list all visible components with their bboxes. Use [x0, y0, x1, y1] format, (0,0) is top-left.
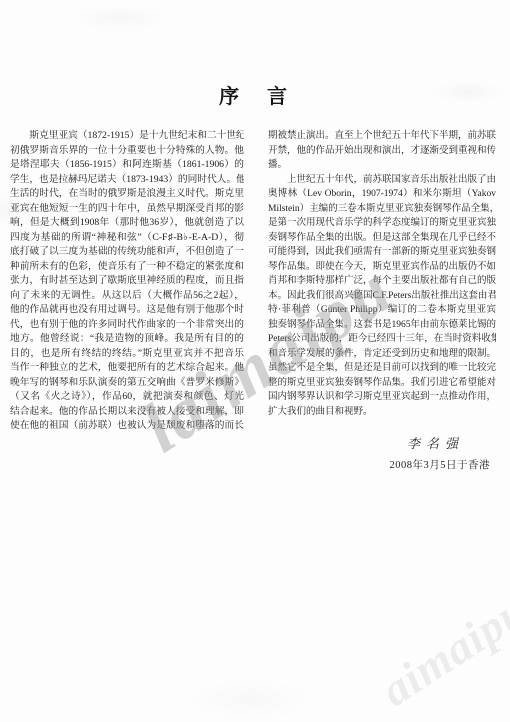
text-line: Peters公司出版的，距今已经四十三年，在当时资料收集 — [268, 332, 496, 347]
page-title: 序 言 — [0, 80, 510, 109]
text-line: 特·菲利普（Günter Philipp）编订的二卷本斯克里亚宾 — [268, 303, 496, 318]
text-line: 目的，也是所有终结的终结。”斯克里亚宾并不把音乐 — [10, 347, 244, 362]
text-line: 向了未来的无调性。从这以后（大概作品56之2起）， — [10, 289, 244, 304]
text-line: 奏钢琴作品全集的出版。但是这部全集现在几乎已经不 — [268, 231, 496, 246]
text-line: 亚宾在他短短一生的四十年中，虽然早期深受肖邦的影 — [10, 202, 244, 217]
signature-name: 李名强 — [390, 433, 465, 452]
text-line: 四度为基础的所谓“神秘和弦”（C-F♯-B♭-E-A-D），彻 — [10, 231, 244, 246]
text-line: 底打破了以三度为基础的传统功能和声，不但创造了一 — [10, 245, 244, 260]
text-line: 可能得到，因此我们亟需有一部新的斯克里亚宾独奏钢 — [268, 245, 496, 260]
text-line: 种前所未有的色彩，使音乐有了一种不稳定的紧张度和 — [10, 260, 244, 275]
text-line: 开禁，他的作品开始出现和演出，才逐渐受到重视和传 — [268, 144, 496, 159]
text-line: 扩大我们的曲目和视野。 — [268, 405, 496, 420]
text-line: 和音乐学发展的条件，肯定还受到历史和地理的限制。 — [268, 347, 496, 362]
text-line: 播。 — [268, 158, 496, 173]
text-line: 肖邦和李斯特那样广泛，每个主要出版社都有自己的版 — [268, 274, 496, 289]
text-column-left: 斯克里亚宾（1872-1915）是十九世纪末和二十世纪初俄罗斯音乐界的一位十分重… — [10, 129, 244, 434]
text-line: 国内钢琴界认识和学习斯克里亚宾起到一点推动作用， — [268, 390, 496, 405]
text-line: 响，但是大概到1908年（那时他36岁），他就创造了以 — [10, 216, 244, 231]
text-line: 本。因此我们很高兴德国C.F.Peters出版社推出这套由君 — [268, 289, 496, 304]
text-line: Milstein）主编的三卷本斯克里亚宾独奏钢琴作品全集， — [268, 202, 496, 217]
text-line: 代，也有别于他的许多同时代作曲家的一个非常突出的 — [10, 318, 244, 333]
signature-block: 李名强 2008年3月5日于香港 — [390, 433, 491, 472]
text-line: 是第一次用现代音乐学的科学态度编订的斯克里亚宾独 — [268, 216, 496, 231]
text-line: 地方。他曾经说：“我是造物的顶峰。我是所有目的的 — [10, 332, 244, 347]
text-line: 学生，也是拉赫玛尼诺夫（1873-1943）的同时代人。他 — [10, 173, 244, 188]
text-line: 琴作品集。即使在今天，斯克里亚宾作品的出版仍不如 — [268, 260, 496, 275]
text-line: 他的作品就再也没有用过调号。这是他有别于他那个时 — [10, 303, 244, 318]
text-line: 当作一种独立的艺术，他要把所有的艺术综合起来。他 — [10, 361, 244, 376]
text-line: 结合起来。他的作品长期以来没有被人接受和理解，即 — [10, 405, 244, 420]
text-line: 上世纪五十年代，前苏联国家音乐出版社出版了由 — [268, 173, 496, 188]
text-line: 独奏钢琴作品全集。这套书是1965年由前东德莱比锡的 — [268, 318, 496, 333]
text-line: 是塔涅耶夫（1856-1915）和阿连斯基（1861-1906）的 — [10, 158, 244, 173]
text-line: 整的斯克里亚宾独奏钢琴作品集。我们引进它希望能对 — [268, 376, 496, 391]
text-line: 初俄罗斯音乐界的一位十分重要也十分特殊的人物。他 — [10, 144, 244, 159]
scanned-preface-page: 序 言 斯克里亚宾（1872-1915）是十九世纪末和二十世纪初俄罗斯音乐界的一… — [0, 0, 510, 722]
text-line: 使在他的祖国（前苏联）也被认为是颓废和堕落的而长 — [10, 419, 244, 434]
text-line: （又名《火之诗》），作品60，就把演奏和颜色、灯光 — [10, 390, 244, 405]
text-column-right: 期被禁止演出。直至上个世纪五十年代下半期，前苏联开禁，他的作品开始出现和演出，才… — [268, 129, 496, 419]
text-line: 斯克里亚宾（1872-1915）是十九世纪末和二十世纪 — [10, 129, 244, 144]
text-line: 奥博林（Lev Oborin，1907-1974）和米尔斯坦（Yakov — [268, 187, 496, 202]
text-line: 虽然它不是全集，但是还是目前可以找到的唯一比较完 — [268, 361, 496, 376]
text-line: 晚年写的钢琴和乐队演奏的第五交响曲《普罗米修斯》 — [10, 376, 244, 391]
signature-date: 2008年3月5日于香港 — [390, 457, 491, 472]
watermark-partial: aimaipu — [372, 584, 510, 717]
text-line: 张力，有时甚至达到了歇斯底里神经质的程度，而且指 — [10, 274, 244, 289]
text-line: 期被禁止演出。直至上个世纪五十年代下半期，前苏联 — [268, 129, 496, 144]
text-line: 生活的时代，在当时的俄罗斯是浪漫主义时代。斯克里 — [10, 187, 244, 202]
